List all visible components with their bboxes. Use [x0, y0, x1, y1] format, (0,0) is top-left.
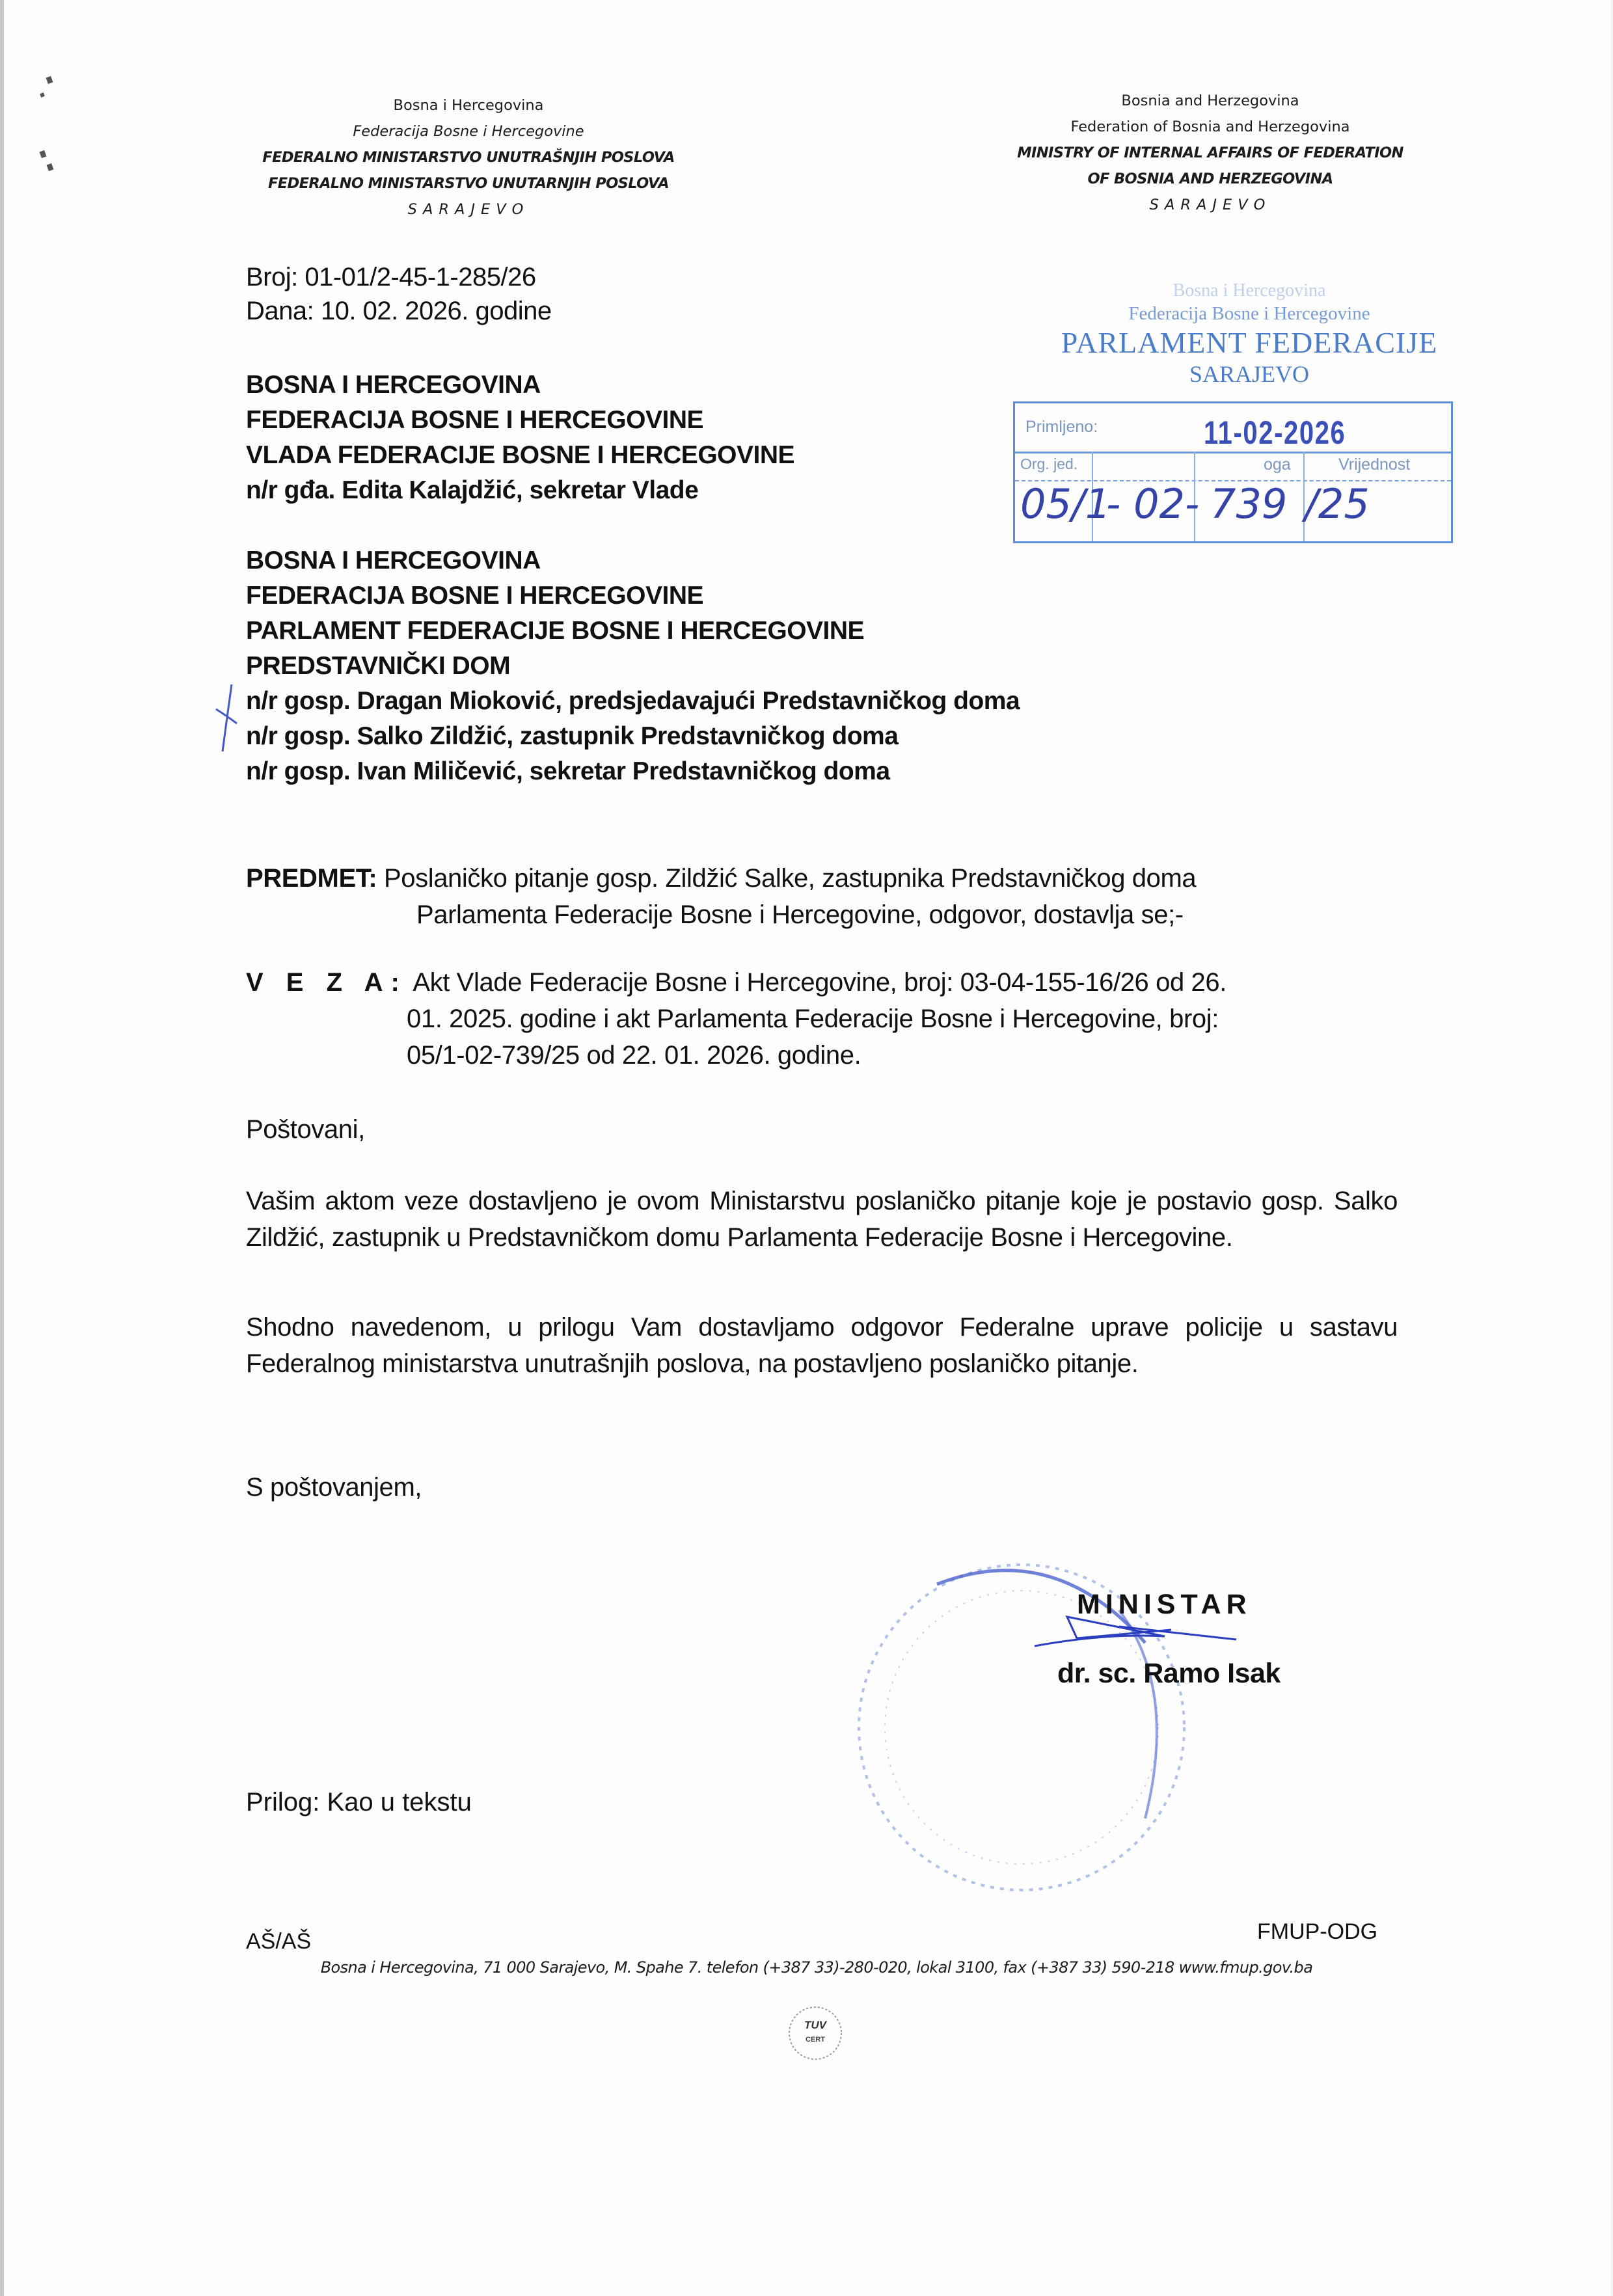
- reference-date: Dana: 10. 02. 2026. godine: [246, 294, 552, 328]
- punch-hole-mark: [40, 150, 47, 158]
- stamp-received-date: 11-02-2026: [1204, 414, 1346, 452]
- letterhead-ministry: MINISTRY OF INTERNAL AFFAIRS OF FEDERATI…: [956, 140, 1464, 166]
- letterhead-english: Bosnia and Herzegovina Federation of Bos…: [956, 88, 1464, 218]
- salutation: Poštovani,: [246, 1111, 1398, 1148]
- letterhead-country: Bosna i Hercegovina: [208, 92, 729, 118]
- recipient-line: FEDERACIJA BOSNE I HERCEGOVINE: [246, 403, 794, 438]
- stamp-received-label: Primljeno:: [1025, 418, 1098, 437]
- handwritten-signature-icon: [1028, 1614, 1275, 1659]
- closing: S poštovanjem,: [246, 1469, 1398, 1506]
- letterhead-city: SARAJEVO: [956, 192, 1464, 218]
- received-stamp-header: Bosna i Hercegovina Federacija Bosne i H…: [1015, 280, 1484, 388]
- footer-contact: Bosna i Hercegovina, 71 000 Sarajevo, M.…: [244, 1958, 1389, 1977]
- recipient-line: PARLAMENT FEDERACIJE BOSNE I HERCEGOVINE: [246, 614, 1020, 649]
- letterhead-city: SARAJEVO: [208, 196, 729, 223]
- stamp-col3-label: oga: [1264, 455, 1291, 474]
- stamp-parliament: PARLAMENT FEDERACIJE: [1015, 325, 1484, 360]
- tuv-cert-badge-icon: TUV CERT: [786, 2004, 845, 2062]
- reference-number: Broj: 01-01/2-45-1-285/26: [246, 260, 536, 294]
- letterhead-federation: Federation of Bosnia and Herzegovina: [956, 114, 1464, 140]
- stamp-hw-number: 739: [1210, 480, 1287, 528]
- letterhead-ministry-cont: OF BOSNIA AND HERZEGOVINA: [956, 166, 1464, 192]
- letterhead-country: Bosnia and Herzegovina: [956, 88, 1464, 114]
- recipient-attention: n/r gosp. Salko Zildžić, zastupnik Preds…: [246, 719, 1020, 754]
- stamp-federation: Federacija Bosne i Hercegovine: [1015, 302, 1484, 325]
- reference-link-text-cont: 01. 2025. godine i akt Parlamenta Federa…: [407, 1001, 1219, 1037]
- letterhead-ministry: FEDERALNO MINISTARSTVO UNUTRAŠNJIH POSLO…: [208, 144, 729, 170]
- scan-left-edge: [0, 0, 4, 2296]
- reference-link-line-1: V E Z A: Akt Vlade Federacije Bosne i He…: [246, 964, 1227, 1001]
- author-initials: AŠ/AŠ: [246, 1929, 311, 1954]
- body-paragraph-2: Shodno navedenom, u prilogu Vam dostavlj…: [246, 1309, 1398, 1382]
- recipient-attention: n/r gđa. Edita Kalajdžić, sekretar Vlade: [246, 473, 794, 508]
- recipient-line: BOSNA I HERCEGOVINA: [246, 368, 794, 403]
- signatory-name: dr. sc. Ramo Isak: [1057, 1658, 1281, 1690]
- stamp-org-label: Org. jed.: [1020, 455, 1078, 473]
- recipient-attention: n/r gosp. Dragan Mioković, predsjedavaju…: [246, 684, 1020, 719]
- stamp-hw-year: /25: [1305, 480, 1370, 528]
- stamp-hw-org: 05/1: [1020, 480, 1111, 528]
- svg-text:TUV: TUV: [804, 2019, 828, 2031]
- recipient-line: PREDSTAVNIČKI DOM: [246, 649, 1020, 684]
- recipient-line: BOSNA I HERCEGOVINA: [246, 543, 1020, 578]
- body-paragraph-1: Vašim aktom veze dostavljeno je ovom Min…: [246, 1183, 1398, 1256]
- recipient-government: BOSNA I HERCEGOVINA FEDERACIJA BOSNE I H…: [246, 368, 794, 508]
- subject-text-cont: Parlamenta Federacije Bosne i Hercegovin…: [416, 897, 1184, 933]
- punch-hole-mark: [40, 92, 45, 98]
- attachment-note: Prilog: Kao u tekstu: [246, 1788, 472, 1817]
- subject-line-1: PREDMET: Poslaničko pitanje gosp. Zildži…: [246, 860, 1196, 897]
- recipient-line: VLADA FEDERACIJE BOSNE I HERCEGOVINE: [246, 438, 794, 473]
- recipient-parliament: BOSNA I HERCEGOVINA FEDERACIJA BOSNE I H…: [246, 543, 1020, 789]
- letterhead-ministry-alt: FEDERALNO MINISTARSTVO UNUTARNJIH POSLOV…: [208, 170, 729, 196]
- subject-text: Poslaničko pitanje gosp. Zildžić Salke, …: [384, 864, 1196, 893]
- stamp-country: Bosna i Hercegovina: [1015, 280, 1484, 302]
- svg-text:CERT: CERT: [806, 2036, 825, 2044]
- handwritten-check-icon: [213, 683, 246, 755]
- reference-link-text-cont: 05/1-02-739/25 od 22. 01. 2026. godine.: [407, 1037, 861, 1074]
- stamp-hw-class: - 02-: [1106, 480, 1199, 528]
- recipient-attention: n/r gosp. Ivan Miličević, sekretar Preds…: [246, 754, 1020, 789]
- recipient-line: FEDERACIJA BOSNE I HERCEGOVINE: [246, 578, 1020, 614]
- document-code: FMUP-ODG: [1257, 1919, 1377, 1945]
- stamp-value-label: Vrijednost: [1338, 455, 1410, 474]
- reference-link-label: V E Z A:: [246, 968, 407, 997]
- stamp-city: SARAJEVO: [1015, 360, 1484, 388]
- punch-hole-mark: [47, 163, 54, 171]
- scan-right-edge: [1610, 0, 1613, 2296]
- letterhead-federation: Federacija Bosne i Hercegovine: [208, 118, 729, 144]
- subject-label: PREDMET:: [246, 864, 377, 893]
- received-stamp-box: Primljeno: 11-02-2026 Org. jed. oga Vrij…: [1013, 401, 1453, 543]
- punch-hole-mark: [46, 76, 53, 84]
- letterhead-bosnian: Bosna i Hercegovina Federacija Bosne i H…: [208, 92, 729, 223]
- reference-link-text: Akt Vlade Federacije Bosne i Hercegovine…: [413, 968, 1227, 997]
